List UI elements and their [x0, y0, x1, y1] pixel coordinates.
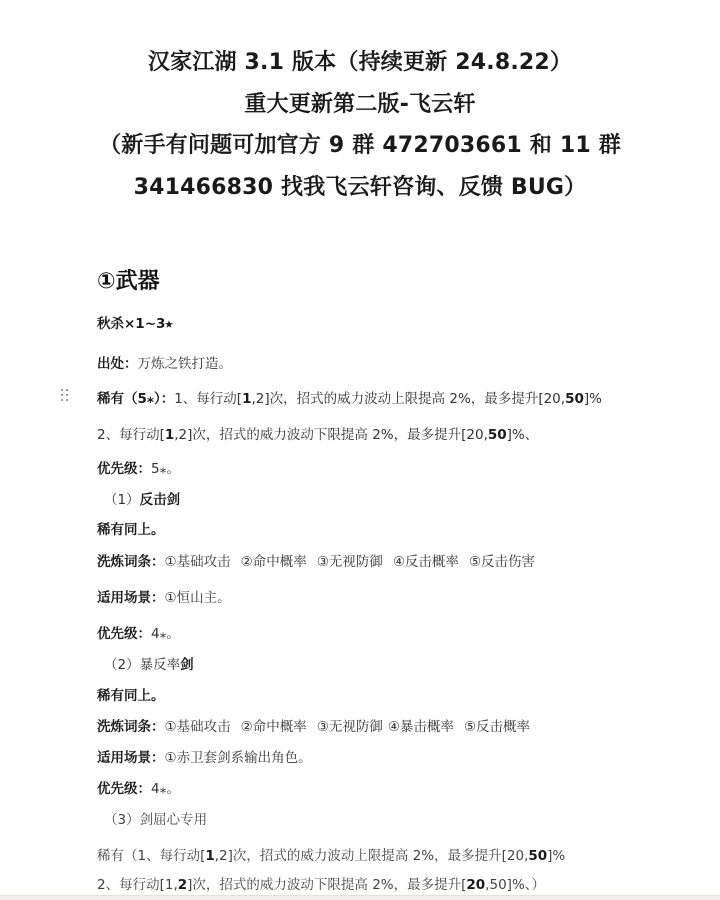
- source-label: 出处：: [97, 356, 138, 372]
- weapon-name-text: 秋杀×1~3⭑: [97, 316, 173, 332]
- doc-title-line-1: 汉家江湖 3.1 版本（持续更新 24.8.22）: [0, 45, 720, 76]
- scene-label: 适用场景：: [97, 750, 165, 766]
- refine-option: ④暴击概率: [388, 719, 454, 735]
- item-1-rare: 稀有同上。: [97, 518, 165, 538]
- item-1-refine: 洗炼词条：①基础攻击②命中概率③无视防御④反击概率⑤反击伤害: [97, 550, 535, 570]
- doc-title-line-3: （新手有问题可加官方 9 群 472703661 和 11 群: [0, 128, 720, 159]
- item-3-title: （3）剑屈心专用: [104, 808, 207, 828]
- text: ]%: [547, 848, 565, 864]
- refine-option: ③无视防御: [317, 554, 383, 570]
- text: ,2]次，招式的威力波动上限提高 2%，最多提升[20,: [215, 848, 529, 864]
- text-bold: 50: [488, 427, 507, 443]
- text-bold: 50: [528, 848, 547, 864]
- text-bold: 2: [178, 877, 187, 893]
- doc-title-line-4: 341466830 找我飞云轩咨询、反馈 BUG）: [0, 170, 720, 201]
- item-2-title: （2）暴反率剑: [104, 653, 194, 673]
- text-bold: 1: [205, 848, 214, 864]
- doc-title-line-2: 重大更新第二版-飞云轩: [0, 87, 720, 118]
- refine-option: ②命中概率: [241, 719, 307, 735]
- item-number: （1）: [104, 492, 140, 508]
- item-1-title: （1）反击剑: [104, 488, 180, 508]
- priority-value: 4⁎。: [151, 781, 180, 797]
- priority-label: 优先级：: [97, 461, 151, 477]
- item-3-rare-line-2: 2、每行动[1,2]次，招式的威力波动下限提高 2%，最多提升[20,50]%、…: [97, 873, 545, 893]
- text: 稀有（1、每行动[: [97, 848, 205, 864]
- text: 1、每行动[: [174, 391, 242, 407]
- weapon-priority: 优先级：5⁎。: [97, 457, 180, 477]
- priority-label: 优先级：: [97, 781, 151, 797]
- text: ]%: [584, 391, 602, 407]
- item-1-priority: 优先级：4⁎。: [97, 622, 180, 642]
- refine-option: ①基础攻击: [165, 554, 231, 570]
- document-page: 汉家江湖 3.1 版本（持续更新 24.8.22） 重大更新第二版-飞云轩 （新…: [0, 0, 720, 895]
- item-number: （3）: [104, 812, 140, 828]
- text: ]%、: [507, 427, 539, 443]
- item-2-priority: 优先级：4⁎。: [97, 777, 180, 797]
- scene-label: 适用场景：: [97, 590, 165, 606]
- item-name-bold: 剑: [180, 657, 194, 673]
- item-2-refine: 洗炼词条：①基础攻击②命中概率③无视防御④暴击概率⑤反击概率: [97, 715, 530, 735]
- source-value: 万炼之铁打造。: [138, 356, 233, 372]
- priority-label: 优先级：: [97, 626, 151, 642]
- text: 2、每行动[1,: [97, 877, 178, 893]
- item-1-scene: 适用场景：①恒山主。: [97, 586, 231, 606]
- refine-option: ③无视防御: [317, 719, 383, 735]
- scene-value: ①恒山主。: [165, 590, 231, 606]
- weapon-source: 出处：万炼之铁打造。: [97, 352, 232, 372]
- refine-option: ④反击概率: [393, 554, 459, 570]
- drag-handle-icon[interactable]: [61, 389, 71, 401]
- text-bold: 20: [466, 877, 485, 893]
- priority-value: 5⁎。: [151, 461, 180, 477]
- text: ,2]次，招式的威力波动下限提高 2%，最多提升[20,: [174, 427, 488, 443]
- bottom-toolbar-edge: [0, 895, 720, 900]
- refine-label: 洗炼词条：: [97, 554, 165, 570]
- item-2-rare: 稀有同上。: [97, 684, 165, 704]
- item-2-scene: 适用场景：①赤卫套剑系输出角色。: [97, 746, 312, 766]
- item-3-rare-line-1: 稀有（1、每行动[1,2]次，招式的威力波动上限提高 2%，最多提升[20,50…: [97, 844, 565, 864]
- text: ,2]次，招式的威力波动上限提高 2%，最多提升[20,: [251, 391, 565, 407]
- rare-label: 稀有（5⁎）：: [97, 391, 174, 407]
- text: 2、每行动[: [97, 427, 165, 443]
- priority-value: 4⁎。: [151, 626, 180, 642]
- text: ,50]%、）: [485, 877, 545, 893]
- text: ]次，招式的威力波动下限提高 2%，最多提升[: [187, 877, 466, 893]
- weapon-name: 秋杀×1~3⭑: [97, 312, 173, 332]
- scene-value: ①赤卫套剑系输出角色。: [165, 750, 312, 766]
- refine-option: ⑤反击概率: [464, 719, 530, 735]
- item-name: 反击剑: [140, 492, 181, 508]
- refine-label: 洗炼词条：: [97, 719, 165, 735]
- item-name: 暴反率: [140, 657, 181, 673]
- refine-option: ⑤反击伤害: [469, 554, 535, 570]
- text-bold: 1: [165, 427, 174, 443]
- section-heading-weapons: ①武器: [97, 264, 160, 295]
- rare-effect-line-1: 稀有（5⁎）：1、每行动[1,2]次，招式的威力波动上限提高 2%，最多提升[2…: [97, 387, 602, 407]
- rare-effect-line-2: 2、每行动[1,2]次，招式的威力波动下限提高 2%，最多提升[20,50]%、: [97, 423, 538, 443]
- refine-option: ①基础攻击: [165, 719, 231, 735]
- text-bold: 50: [565, 391, 584, 407]
- refine-option: ②命中概率: [241, 554, 307, 570]
- item-number: （2）: [104, 657, 140, 673]
- rare-same-text: 稀有同上。: [97, 688, 165, 704]
- item-name: 剑屈心专用: [140, 812, 208, 828]
- rare-same-text: 稀有同上。: [97, 522, 165, 538]
